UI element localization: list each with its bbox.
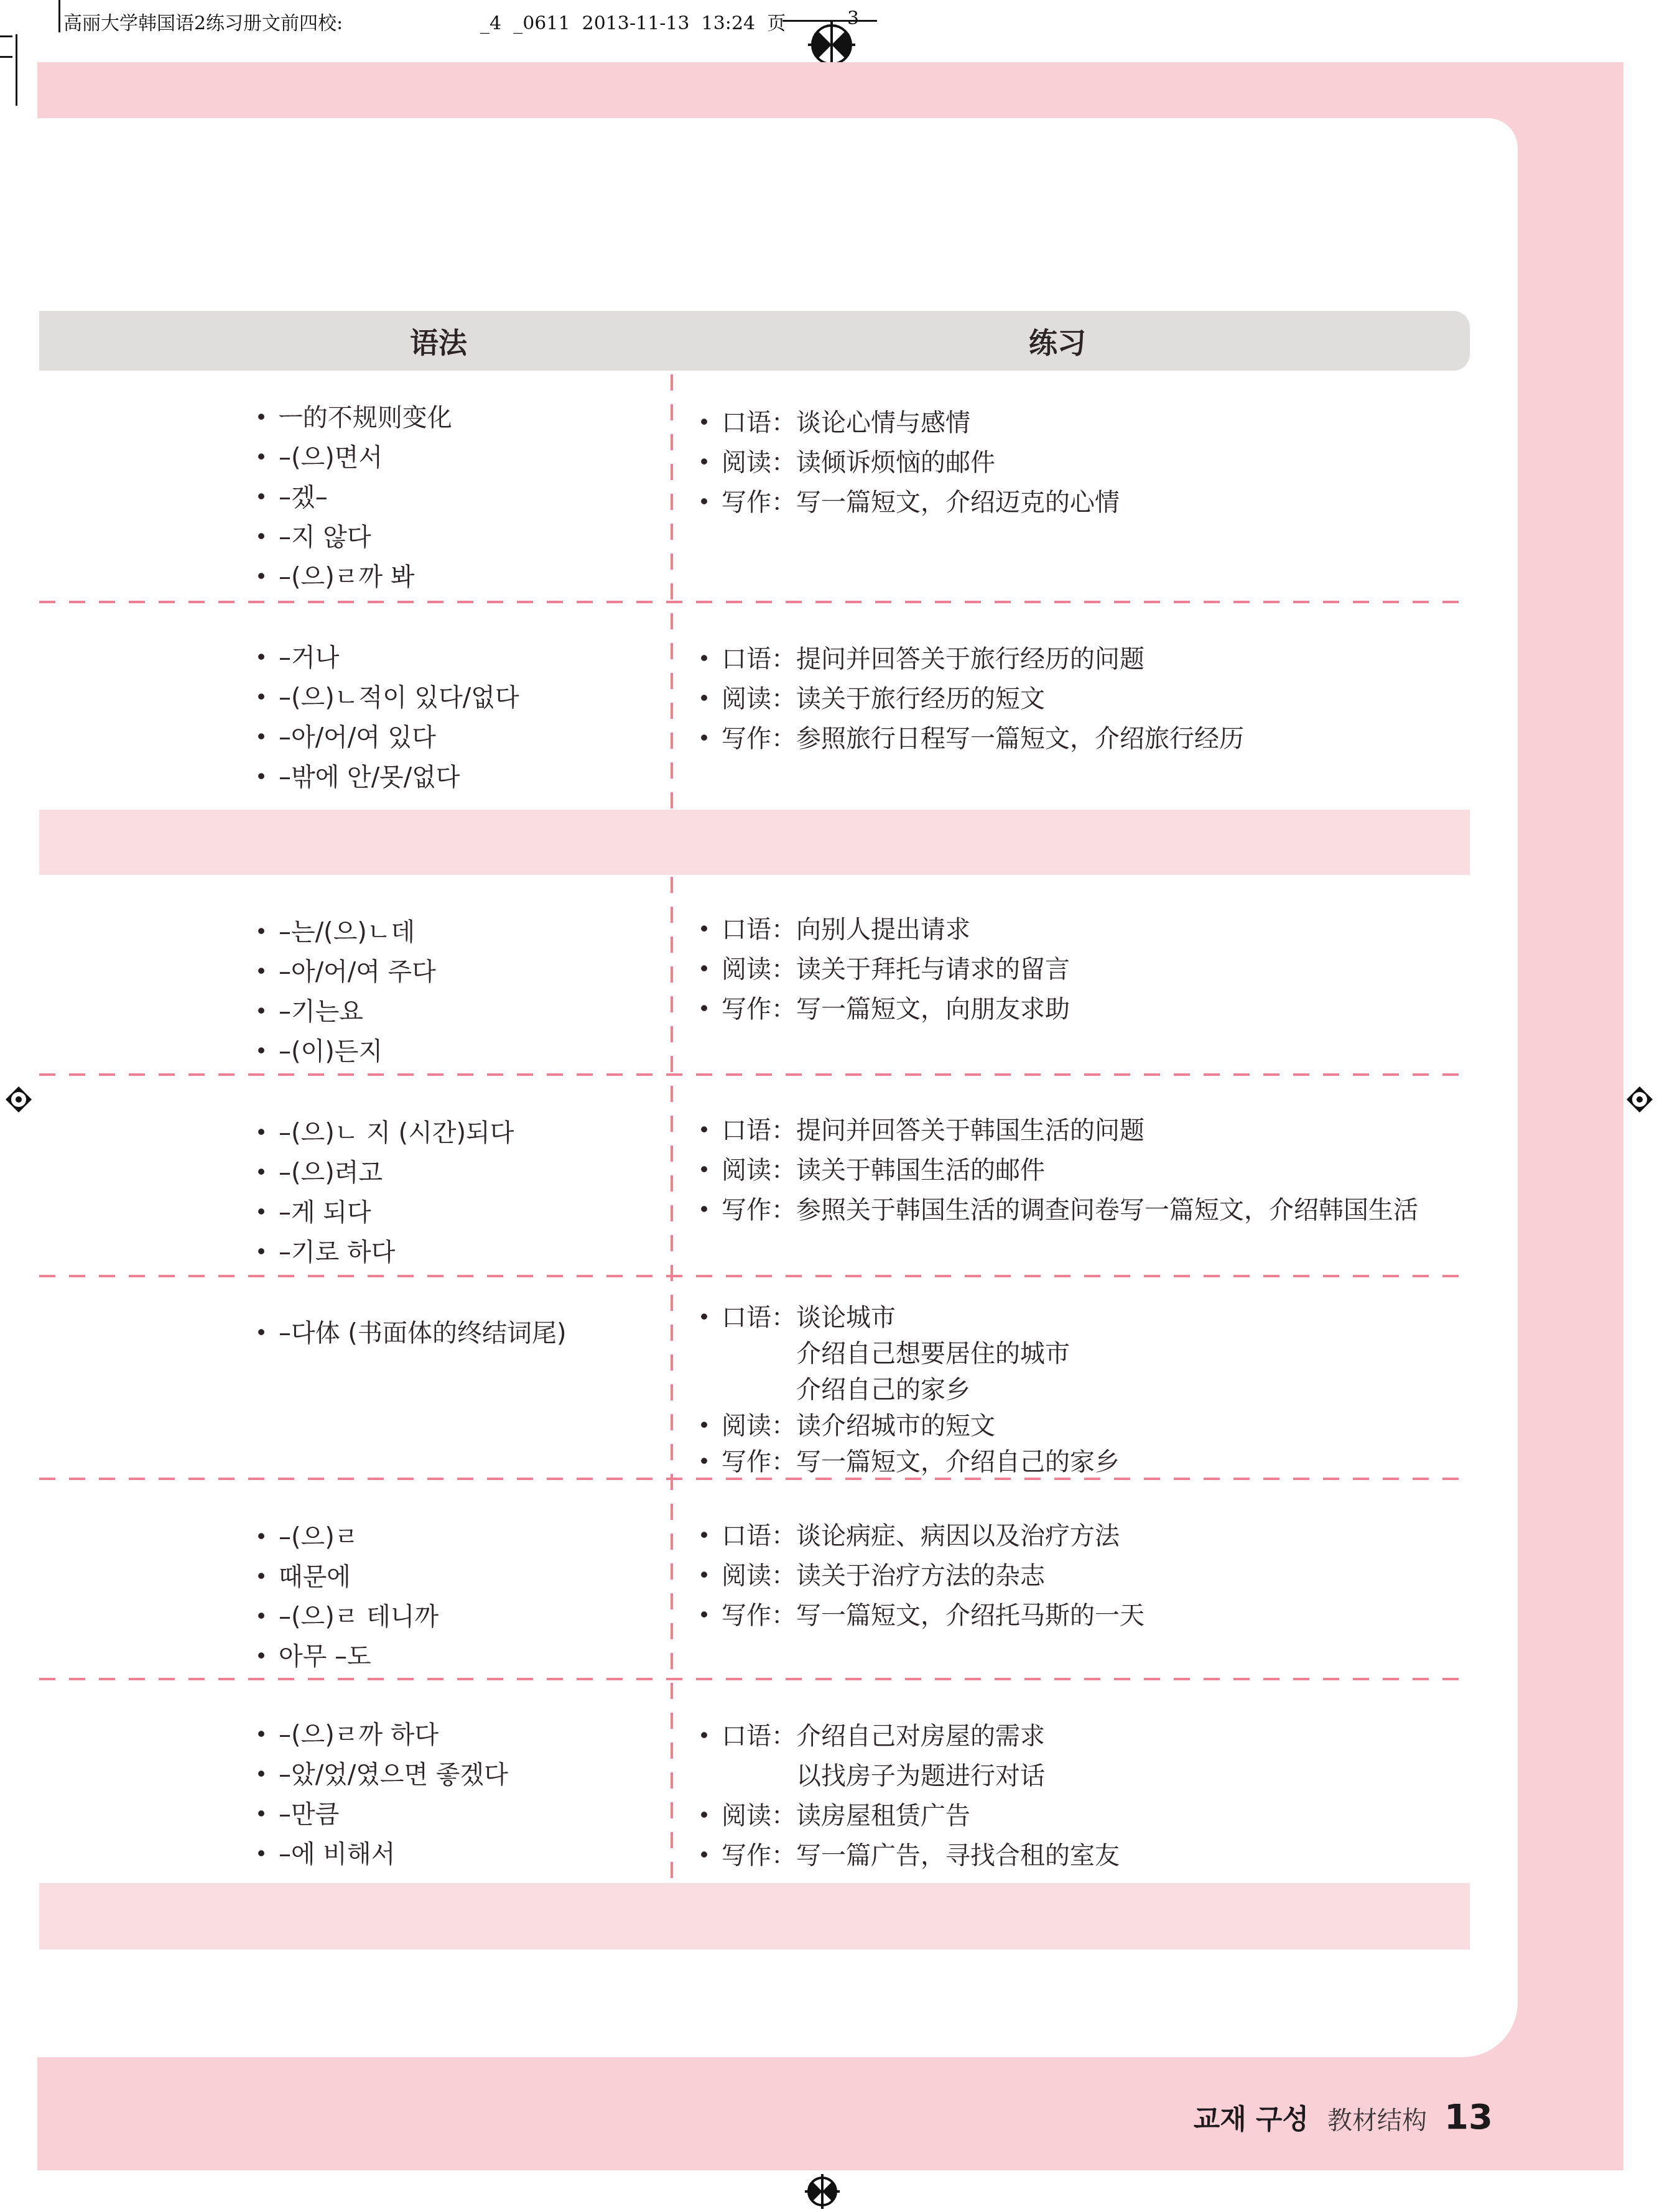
exercise-line: 写一篇短文，介绍托马斯的一天 bbox=[796, 1596, 1468, 1636]
exercise-lines: 写一篇短文，介绍自己的家乡 bbox=[796, 1444, 1468, 1480]
exercise-skill-label: 阅读： bbox=[722, 1150, 796, 1190]
grammar-item: •–거나 bbox=[255, 638, 666, 678]
footer-page-number: 13 bbox=[1444, 2097, 1493, 2137]
exercise-line: 参照关于韩国生活的调查问卷写一篇短文，介绍韩国生活 bbox=[796, 1190, 1468, 1230]
exercises-cell: •口语：向别人提出请求•阅读：读关于拜托与请求的留言•写作：写一篇短文，向朋友求… bbox=[698, 910, 1468, 1029]
exercise-line: 读关于旅行经历的短文 bbox=[796, 679, 1468, 719]
bullet-icon: • bbox=[698, 1796, 722, 1836]
exercise-skill-label: 口语： bbox=[722, 639, 796, 679]
exercise-item: •口语：谈论心情与感情 bbox=[698, 403, 1468, 443]
grammar-item: •–(으)ㄹ까 봐 bbox=[255, 557, 666, 597]
grammar-item: •–아/어/여 주다 bbox=[255, 952, 666, 992]
exercise-skill-label: 阅读： bbox=[722, 1408, 796, 1444]
exercise-lines: 写一篇短文，介绍迈克的心情 bbox=[796, 483, 1468, 522]
table-row: •–(으)ㄹ까 하다•–았/었/였으면 좋겠다•–만큼•–에 비해서 •口语：介… bbox=[39, 1680, 1470, 1883]
exercise-line: 谈论心情与感情 bbox=[796, 403, 1468, 443]
exercise-item: •写作：写一篇短文，介绍托马斯的一天 bbox=[698, 1596, 1468, 1636]
grammar-cell: •ㅡ的不规则变化•–(으)면서•–겠–•–지 않다•–(으)ㄹ까 봐 bbox=[255, 398, 666, 597]
bullet-icon: • bbox=[698, 1111, 722, 1150]
grammar-item: •–만큼 bbox=[255, 1795, 666, 1835]
bullet-icon: • bbox=[255, 517, 279, 557]
exercise-line: 读关于韩国生活的邮件 bbox=[796, 1150, 1468, 1190]
exercise-line: 谈论病症、病因以及治疗方法 bbox=[796, 1516, 1468, 1556]
exercise-lines: 谈论病症、病因以及治疗方法 bbox=[796, 1516, 1468, 1556]
grammar-item: •–지 않다 bbox=[255, 517, 666, 557]
exercise-skill-label: 写作： bbox=[722, 1836, 796, 1876]
exercise-item: •写作：参照关于韩国生活的调查问卷写一篇短文，介绍韩国生活 bbox=[698, 1190, 1468, 1230]
section-band bbox=[39, 810, 1470, 875]
bullet-icon: • bbox=[698, 989, 722, 1029]
exercise-line: 参照旅行日程写一篇短文，介绍旅行经历 bbox=[796, 719, 1468, 759]
registration-mark-icon bbox=[1626, 1086, 1653, 1113]
grammar-text: –밖에 안/못/없다 bbox=[279, 757, 460, 797]
exercise-line: 介绍自己的家乡 bbox=[796, 1372, 1468, 1408]
grammar-text: –는/(으)ㄴ데 bbox=[279, 912, 415, 952]
exercise-lines: 谈论心情与感情 bbox=[796, 403, 1468, 443]
exercise-lines: 写一篇短文，向朋友求助 bbox=[796, 989, 1468, 1029]
exercise-item: •阅读：读关于韩国生活的邮件 bbox=[698, 1150, 1468, 1190]
exercise-line: 提问并回答关于韩国生活的问题 bbox=[796, 1111, 1468, 1150]
bullet-icon: • bbox=[255, 398, 279, 438]
grammar-item: •–았/었/였으면 좋겠다 bbox=[255, 1755, 666, 1795]
exercise-skill-label: 阅读： bbox=[722, 950, 796, 989]
exercise-item: •写作：写一篇短文，介绍自己的家乡 bbox=[698, 1444, 1468, 1480]
bullet-icon: • bbox=[255, 952, 279, 992]
exercise-lines: 提问并回答关于韩国生活的问题 bbox=[796, 1111, 1468, 1150]
exercise-line: 介绍自己想要居住的城市 bbox=[796, 1336, 1468, 1372]
exercises-cell: •口语：介绍自己对房屋的需求以找房子为题进行对话•阅读：读房屋租赁广告•写作：写… bbox=[698, 1716, 1468, 1876]
grammar-item: •–(이)든지 bbox=[255, 1032, 666, 1071]
exercise-skill-label: 写作： bbox=[722, 719, 796, 759]
bullet-icon: • bbox=[698, 1408, 722, 1444]
page-footer: 교재 구성 教材结构 13 bbox=[1194, 2097, 1493, 2137]
bullet-icon: • bbox=[698, 639, 722, 679]
exercise-lines: 读房屋租赁广告 bbox=[796, 1796, 1468, 1836]
exercise-item: •口语：介绍自己对房屋的需求以找房子为题进行对话 bbox=[698, 1716, 1468, 1796]
bullet-icon: • bbox=[255, 557, 279, 597]
bullet-icon: • bbox=[698, 1596, 722, 1636]
grammar-text: –(으)ㄹ까 하다 bbox=[279, 1715, 439, 1755]
grammar-text: –(으)ㄴ 지 (시간)되다 bbox=[279, 1113, 514, 1153]
grammar-item: •–(으)ㄹ 테니까 bbox=[255, 1597, 666, 1637]
bullet-icon: • bbox=[255, 757, 279, 797]
exercise-line: 以找房子为题进行对话 bbox=[796, 1756, 1468, 1796]
grammar-text: –(으)려고 bbox=[279, 1153, 383, 1193]
exercise-item: •口语：向别人提出请求 bbox=[698, 910, 1468, 950]
bullet-icon: • bbox=[255, 638, 279, 678]
grammar-item: •–겠– bbox=[255, 478, 666, 517]
bullet-icon: • bbox=[698, 403, 722, 443]
exercise-skill-label: 阅读： bbox=[722, 1796, 796, 1836]
exercise-skill-label: 口语： bbox=[722, 1516, 796, 1556]
exercises-cell: •口语：谈论病症、病因以及治疗方法•阅读：读关于治疗方法的杂志•写作：写一篇短文… bbox=[698, 1516, 1468, 1636]
bullet-icon: • bbox=[698, 1836, 722, 1876]
section-band bbox=[39, 1883, 1470, 1950]
exercises-cell: •口语：提问并回答关于韩国生活的问题•阅读：读关于韩国生活的邮件•写作：参照关于… bbox=[698, 1111, 1468, 1230]
grammar-cell: •–(으)ㄹ•때문에•–(으)ㄹ 테니까•아무 –도 bbox=[255, 1517, 666, 1677]
print-header-proof-info: _4 _0611 2013-11-13 13:24 页 bbox=[480, 7, 786, 35]
exercise-line: 向别人提出请求 bbox=[796, 910, 1468, 950]
exercises-cell: •口语：谈论心情与感情•阅读：读倾诉烦恼的邮件•写作：写一篇短文，介绍迈克的心情 bbox=[698, 403, 1468, 522]
bullet-icon: • bbox=[255, 1557, 279, 1597]
bullet-icon: • bbox=[698, 719, 722, 759]
bullet-icon: • bbox=[255, 478, 279, 517]
exercise-line: 读倾诉烦恼的邮件 bbox=[796, 443, 1468, 483]
grammar-item: •–게 되다 bbox=[255, 1193, 666, 1233]
exercise-lines: 写一篇短文，介绍托马斯的一天 bbox=[796, 1596, 1468, 1636]
bullet-icon: • bbox=[698, 679, 722, 719]
bullet-icon: • bbox=[255, 1313, 279, 1353]
workbook-page: 高丽大学韩国语2练习册文前四校: _4 _0611 2013-11-13 13:… bbox=[0, 0, 1662, 2212]
grammar-item: •–아/어/여 있다 bbox=[255, 718, 666, 757]
bullet-icon: • bbox=[255, 678, 279, 718]
bullet-icon: • bbox=[255, 1755, 279, 1795]
grammar-item: •아무 –도 bbox=[255, 1637, 666, 1677]
exercise-item: •写作：写一篇短文，向朋友求助 bbox=[698, 989, 1468, 1029]
grammar-item: •–(으)ㄴ적이 있다/없다 bbox=[255, 678, 666, 718]
exercise-skill-label: 口语： bbox=[722, 403, 796, 443]
bullet-icon: • bbox=[255, 1637, 279, 1677]
exercise-skill-label: 口语： bbox=[722, 1111, 796, 1150]
grammar-item: •–(으)ㄹ까 하다 bbox=[255, 1715, 666, 1755]
exercise-lines: 读关于韩国生活的邮件 bbox=[796, 1150, 1468, 1190]
exercise-item: •阅读：读关于拜托与请求的留言 bbox=[698, 950, 1468, 989]
grammar-item: •–기는요 bbox=[255, 992, 666, 1032]
bullet-icon: • bbox=[255, 718, 279, 757]
exercise-line: 写一篇短文，介绍自己的家乡 bbox=[796, 1444, 1468, 1480]
exercise-item: •阅读：读房屋租赁广告 bbox=[698, 1796, 1468, 1836]
table-row: •–(으)ㄹ•때문에•–(으)ㄹ 테니까•아무 –도 •口语：谈论病症、病因以及… bbox=[39, 1480, 1470, 1678]
exercise-line: 读关于治疗方法的杂志 bbox=[796, 1556, 1468, 1596]
exercise-lines: 参照旅行日程写一篇短文，介绍旅行经历 bbox=[796, 719, 1468, 759]
bullet-icon: • bbox=[255, 438, 279, 478]
exercises-cell: •口语：提问并回答关于旅行经历的问题•阅读：读关于旅行经历的短文•写作：参照旅行… bbox=[698, 639, 1468, 759]
exercise-item: •阅读：读倾诉烦恼的邮件 bbox=[698, 443, 1468, 483]
table-row: •–(으)ㄴ 지 (시간)되다•–(으)려고•–게 되다•–기로 하다 •口语：… bbox=[39, 1076, 1470, 1275]
bullet-icon: • bbox=[255, 1715, 279, 1755]
grammar-text: –기로 하다 bbox=[279, 1233, 395, 1272]
exercise-line: 提问并回答关于旅行经历的问题 bbox=[796, 639, 1468, 679]
grammar-text: ㅡ的不规则变化 bbox=[279, 398, 452, 438]
exercise-lines: 写一篇广告，寻找合租的室友 bbox=[796, 1836, 1468, 1876]
grammar-cell: •–거나•–(으)ㄴ적이 있다/없다•–아/어/여 있다•–밖에 안/못/없다 bbox=[255, 638, 666, 797]
bullet-icon: • bbox=[255, 1597, 279, 1637]
bullet-icon: • bbox=[255, 1835, 279, 1874]
exercise-line: 读关于拜托与请求的留言 bbox=[796, 950, 1468, 989]
registration-mark-icon bbox=[808, 21, 855, 68]
exercise-item: •阅读：读关于治疗方法的杂志 bbox=[698, 1556, 1468, 1596]
exercise-lines: 读关于拜托与请求的留言 bbox=[796, 950, 1468, 989]
exercise-line: 谈论城市 bbox=[796, 1300, 1468, 1336]
grammar-item: •–(으)ㄴ 지 (시간)되다 bbox=[255, 1113, 666, 1153]
grammar-text: –겠– bbox=[279, 478, 328, 517]
exercise-lines: 介绍自己对房屋的需求以找房子为题进行对话 bbox=[796, 1716, 1468, 1796]
grammar-item: •때문에 bbox=[255, 1557, 666, 1597]
bullet-icon: • bbox=[698, 1190, 722, 1230]
exercise-lines: 读关于治疗方法的杂志 bbox=[796, 1556, 1468, 1596]
exercise-item: •写作：参照旅行日程写一篇短文，介绍旅行经历 bbox=[698, 719, 1468, 759]
grammar-text: –거나 bbox=[279, 638, 339, 678]
exercise-line: 写一篇广告，寻找合租的室友 bbox=[796, 1836, 1468, 1876]
bullet-icon: • bbox=[255, 1113, 279, 1153]
print-header: 高丽大学韩国语2练习册文前四校: _4 _0611 2013-11-13 13:… bbox=[0, 0, 1662, 62]
exercise-lines: 读关于旅行经历的短文 bbox=[796, 679, 1468, 719]
exercise-item: •写作：写一篇广告，寻找合租的室友 bbox=[698, 1836, 1468, 1876]
exercise-lines: 向别人提出请求 bbox=[796, 910, 1468, 950]
grammar-text: –아/어/여 있다 bbox=[279, 718, 436, 757]
exercise-skill-label: 口语： bbox=[722, 910, 796, 950]
grammar-item: •–에 비해서 bbox=[255, 1835, 666, 1874]
bullet-icon: • bbox=[255, 1233, 279, 1272]
bullet-icon: • bbox=[698, 483, 722, 522]
grammar-column-header: 语法 bbox=[410, 320, 467, 361]
grammar-item: •–밖에 안/못/없다 bbox=[255, 757, 666, 797]
grammar-item: •–(으)면서 bbox=[255, 438, 666, 478]
bullet-icon: • bbox=[698, 950, 722, 989]
grammar-cell: •–다体 (书面体的终结词尾) bbox=[255, 1313, 666, 1353]
grammar-cell: •–(으)ㄹ까 하다•–았/었/였으면 좋겠다•–만큼•–에 비해서 bbox=[255, 1715, 666, 1874]
exercise-skill-label: 写作： bbox=[722, 1596, 796, 1636]
exercise-skill-label: 口语： bbox=[722, 1716, 796, 1796]
grammar-item: •–다体 (书面体的终结词尾) bbox=[255, 1313, 666, 1353]
grammar-text: 아무 –도 bbox=[279, 1637, 371, 1677]
exercise-line: 读房屋租赁广告 bbox=[796, 1796, 1468, 1836]
table-row: •–다体 (书面体的终结词尾) •口语：谈论城市介绍自己想要居住的城市介绍自己的… bbox=[39, 1277, 1470, 1478]
grammar-item: •ㅡ的不规则变化 bbox=[255, 398, 666, 438]
registration-mark-icon bbox=[5, 1086, 32, 1113]
grammar-text: –다体 (书面体的终结词尾) bbox=[279, 1313, 567, 1353]
exercise-skill-label: 写作： bbox=[722, 1444, 796, 1480]
bullet-icon: • bbox=[698, 1516, 722, 1556]
footer-chinese-label: 教材结构 bbox=[1327, 2101, 1427, 2136]
bullet-icon: • bbox=[255, 992, 279, 1032]
bullet-icon: • bbox=[255, 1032, 279, 1071]
grammar-text: –았/었/였으면 좋겠다 bbox=[279, 1755, 508, 1795]
grammar-text: –게 되다 bbox=[279, 1193, 371, 1233]
grammar-item: •–(으)ㄹ bbox=[255, 1517, 666, 1557]
bullet-icon: • bbox=[698, 910, 722, 950]
bullet-icon: • bbox=[255, 1193, 279, 1233]
grammar-text: 때문에 bbox=[279, 1557, 351, 1597]
grammar-cell: •–(으)ㄴ 지 (시간)되다•–(으)려고•–게 되다•–기로 하다 bbox=[255, 1113, 666, 1272]
exercise-lines: 谈论城市介绍自己想要居住的城市介绍自己的家乡 bbox=[796, 1300, 1468, 1408]
exercise-lines: 参照关于韩国生活的调查问卷写一篇短文，介绍韩国生活 bbox=[796, 1190, 1468, 1230]
exercise-line: 读介绍城市的短文 bbox=[796, 1408, 1468, 1444]
exercise-lines: 读倾诉烦恼的邮件 bbox=[796, 443, 1468, 483]
bullet-icon: • bbox=[698, 1556, 722, 1596]
grammar-text: –(으)면서 bbox=[279, 438, 383, 478]
exercise-skill-label: 写作： bbox=[722, 1190, 796, 1230]
exercise-item: •阅读：读关于旅行经历的短文 bbox=[698, 679, 1468, 719]
exercise-lines: 读介绍城市的短文 bbox=[796, 1408, 1468, 1444]
bullet-icon: • bbox=[255, 1795, 279, 1835]
exercise-skill-label: 阅读： bbox=[722, 679, 796, 719]
exercise-line: 介绍自己对房屋的需求 bbox=[796, 1716, 1468, 1756]
bullet-icon: • bbox=[255, 1153, 279, 1193]
exercises-column-header: 练习 bbox=[1029, 320, 1086, 361]
grammar-cell: •–는/(으)ㄴ데•–아/어/여 주다•–기는요•–(이)든지 bbox=[255, 912, 666, 1071]
bullet-icon: • bbox=[698, 443, 722, 483]
bullet-icon: • bbox=[698, 1716, 722, 1796]
exercise-item: •口语：提问并回答关于旅行经历的问题 bbox=[698, 639, 1468, 679]
grammar-text: –에 비해서 bbox=[279, 1835, 395, 1874]
exercise-item: •写作：写一篇短文，介绍迈克的心情 bbox=[698, 483, 1468, 522]
bullet-icon: • bbox=[255, 1517, 279, 1557]
exercise-skill-label: 写作： bbox=[722, 483, 796, 522]
table-header-bar: 语法 练习 bbox=[39, 311, 1470, 371]
exercise-item: •口语：提问并回答关于韩国生活的问题 bbox=[698, 1111, 1468, 1150]
footer-korean-label: 교재 구성 bbox=[1194, 2097, 1309, 2137]
bullet-icon: • bbox=[255, 912, 279, 952]
grammar-text: –(으)ㄴ적이 있다/없다 bbox=[279, 678, 519, 718]
exercise-line: 写一篇短文，向朋友求助 bbox=[796, 989, 1468, 1029]
grammar-text: –(으)ㄹ까 봐 bbox=[279, 557, 415, 597]
grammar-text: –만큼 bbox=[279, 1795, 339, 1835]
exercise-skill-label: 阅读： bbox=[722, 1556, 796, 1596]
exercise-item: •阅读：读介绍城市的短文 bbox=[698, 1408, 1468, 1444]
table-row: •–거나•–(으)ㄴ적이 있다/없다•–아/어/여 있다•–밖에 안/못/없다 … bbox=[39, 603, 1470, 810]
exercise-skill-label: 写作： bbox=[722, 989, 796, 1029]
grammar-text: –(이)든지 bbox=[279, 1032, 383, 1071]
grammar-item: •–기로 하다 bbox=[255, 1233, 666, 1272]
exercise-line: 写一篇短文，介绍迈克的心情 bbox=[796, 483, 1468, 522]
exercise-lines: 提问并回答关于旅行经历的问题 bbox=[796, 639, 1468, 679]
registration-mark-icon bbox=[804, 2173, 841, 2210]
bullet-icon: • bbox=[698, 1444, 722, 1480]
table-row: •–는/(으)ㄴ데•–아/어/여 주다•–기는요•–(이)든지 •口语：向别人提… bbox=[39, 875, 1470, 1073]
grammar-item: •–(으)려고 bbox=[255, 1153, 666, 1193]
print-header-title: 高丽大学韩国语2练习册文前四校: bbox=[63, 7, 343, 35]
exercises-cell: •口语：谈论城市介绍自己想要居住的城市介绍自己的家乡•阅读：读介绍城市的短文•写… bbox=[698, 1300, 1468, 1480]
grammar-text: –기는요 bbox=[279, 992, 363, 1032]
bullet-icon: • bbox=[698, 1150, 722, 1190]
exercise-skill-label: 口语： bbox=[722, 1300, 796, 1408]
exercise-skill-label: 阅读： bbox=[722, 443, 796, 483]
bullet-icon: • bbox=[698, 1300, 722, 1408]
grammar-item: •–는/(으)ㄴ데 bbox=[255, 912, 666, 952]
grammar-text: –(으)ㄹ bbox=[279, 1517, 359, 1557]
exercise-item: •口语：谈论城市介绍自己想要居住的城市介绍自己的家乡 bbox=[698, 1300, 1468, 1408]
table-row: •ㅡ的不规则变化•–(으)면서•–겠–•–지 않다•–(으)ㄹ까 봐 •口语：谈… bbox=[39, 371, 1470, 602]
grammar-text: –아/어/여 주다 bbox=[279, 952, 436, 992]
exercise-item: •口语：谈论病症、病因以及治疗方法 bbox=[698, 1516, 1468, 1556]
grammar-text: –지 않다 bbox=[279, 517, 371, 557]
grammar-text: –(으)ㄹ 테니까 bbox=[279, 1597, 439, 1637]
